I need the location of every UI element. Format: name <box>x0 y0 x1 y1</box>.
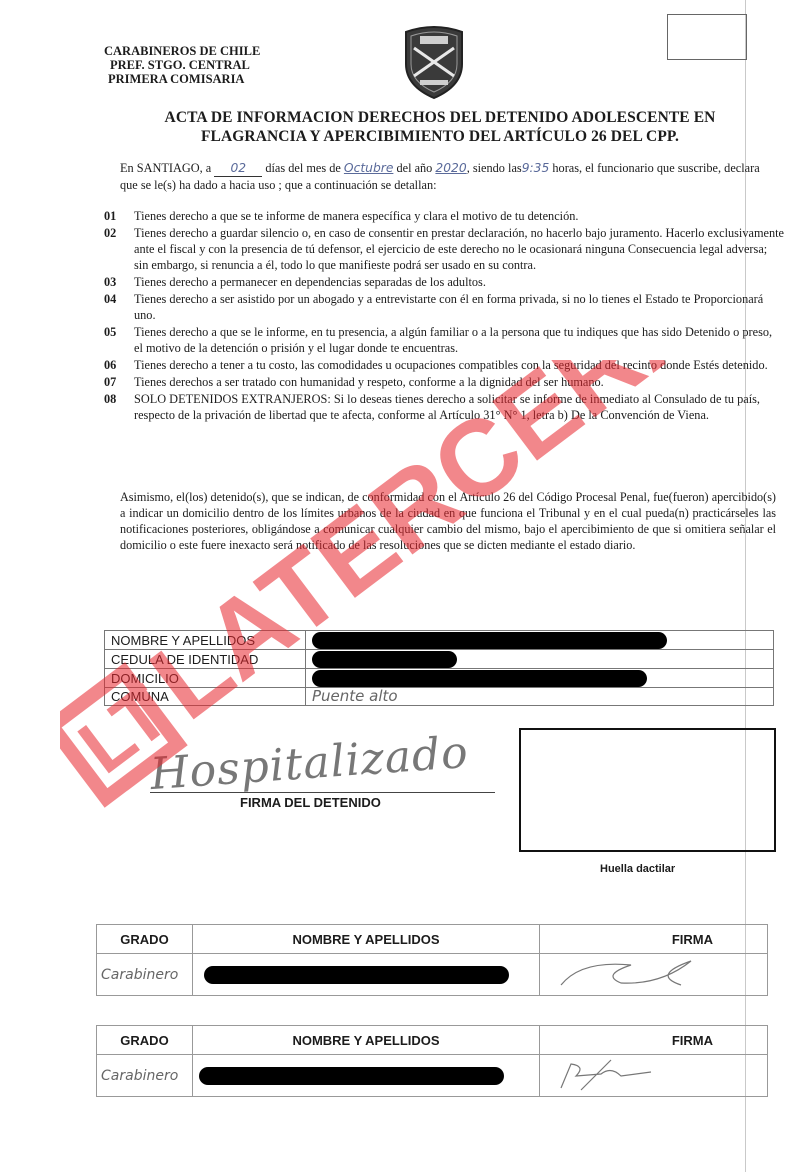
detainee-info-table: NOMBRE Y APELLIDOS CEDULA DE IDENTIDAD D… <box>104 630 774 706</box>
grado-header: GRADO <box>97 925 193 954</box>
right-item: 02Tienes derecho a guardar silencio o, e… <box>104 225 784 273</box>
fingerprint-box <box>519 728 776 852</box>
document-title: ACTA DE INFORMACION DERECHOS DEL DETENID… <box>120 108 760 146</box>
grado-value: Carabinero <box>97 954 193 996</box>
redaction-bar <box>199 1067 504 1085</box>
address-value <box>306 669 774 688</box>
table-header-row: GRADO NOMBRE Y APELLIDOS FIRMA <box>97 925 768 954</box>
org-line: PREF. STGO. CENTRAL <box>104 58 260 72</box>
address-label: DOMICILIO <box>105 669 306 688</box>
officer-name-value <box>193 954 540 996</box>
time-field: 9:35 <box>522 161 550 175</box>
table-row: CEDULA DE IDENTIDAD <box>105 650 774 669</box>
firma-header: FIRMA <box>540 1026 768 1055</box>
intro-text: del año <box>396 161 432 175</box>
right-text: Tienes derecho a permanecer en dependenc… <box>134 274 784 290</box>
name-header: NOMBRE Y APELLIDOS <box>193 1026 540 1055</box>
grado-header: GRADO <box>97 1026 193 1055</box>
right-item: 04Tienes derecho a ser asistido por un a… <box>104 291 784 323</box>
officer-table-2: GRADO NOMBRE Y APELLIDOS FIRMA Carabiner… <box>96 1025 768 1097</box>
redaction-bar <box>312 632 667 649</box>
officer-name-value <box>193 1055 540 1097</box>
firma-header: FIRMA <box>540 925 768 954</box>
officer-signature <box>540 1055 768 1097</box>
signature-line <box>150 792 495 793</box>
name-header: NOMBRE Y APELLIDOS <box>193 925 540 954</box>
table-row: Carabinero <box>97 954 768 996</box>
id-label: CEDULA DE IDENTIDAD <box>105 650 306 669</box>
year-field: 2020 <box>435 161 466 175</box>
name-label: NOMBRE Y APELLIDOS <box>105 631 306 650</box>
rights-list: 01Tienes derecho a que se te informe de … <box>104 208 784 424</box>
right-text: Tienes derecho a que se te informe de ma… <box>134 208 784 224</box>
right-number: 06 <box>104 357 134 373</box>
table-row: DOMICILIO <box>105 669 774 688</box>
right-item: 01Tienes derecho a que se te informe de … <box>104 208 784 224</box>
right-item: 03Tienes derecho a permanecer en depende… <box>104 274 784 290</box>
intro-text: días del mes de <box>265 161 340 175</box>
right-text: Tienes derecho a tener a tu costo, las c… <box>134 357 784 373</box>
officer-signature <box>540 954 768 996</box>
signature-scribble-icon <box>541 955 711 991</box>
intro-statement: En SANTIAGO, a 02 días del mes de Octubr… <box>120 160 780 193</box>
name-value <box>306 631 774 650</box>
table-row: COMUNA Puente alto <box>105 688 774 706</box>
right-number: 08 <box>104 391 134 423</box>
right-text: SOLO DETENIDOS EXTRANJEROS: Si lo deseas… <box>134 391 784 423</box>
day-field: 02 <box>214 160 262 177</box>
right-number: 03 <box>104 274 134 290</box>
table-row: NOMBRE Y APELLIDOS <box>105 631 774 650</box>
right-text: Tienes derecho a guardar silencio o, en … <box>134 225 784 273</box>
article-26-paragraph: Asimismo, el(los) detenido(s), que se in… <box>120 489 776 553</box>
table-header-row: GRADO NOMBRE Y APELLIDOS FIRMA <box>97 1026 768 1055</box>
title-line: FLAGRANCIA Y APERCIBIMIENTO DEL ARTÍCULO… <box>120 127 760 146</box>
title-line: ACTA DE INFORMACION DERECHOS DEL DETENID… <box>120 108 760 127</box>
right-number: 04 <box>104 291 134 323</box>
intro-text: , siendo las <box>467 161 522 175</box>
right-item: 07Tienes derechos a ser tratado con huma… <box>104 374 784 390</box>
redaction-bar <box>204 966 509 984</box>
right-number: 02 <box>104 225 134 273</box>
month-field: Octubre <box>344 161 393 175</box>
redaction-bar <box>312 651 457 668</box>
right-text: Tienes derechos a ser tratado con humani… <box>134 374 784 390</box>
right-text: Tienes derecho a ser asistido por un abo… <box>134 291 784 323</box>
officer-table-1: GRADO NOMBRE Y APELLIDOS FIRMA Carabiner… <box>96 924 768 996</box>
right-number: 05 <box>104 324 134 356</box>
stamp-box <box>667 14 747 60</box>
intro-text: En SANTIAGO, a <box>120 161 211 175</box>
org-line: PRIMERA COMISARIA <box>104 72 260 86</box>
grado-value: Carabinero <box>97 1055 193 1097</box>
detainee-signature-label: FIRMA DEL DETENIDO <box>240 795 381 810</box>
shield-emblem-icon <box>400 24 468 100</box>
right-item: 08SOLO DETENIDOS EXTRANJEROS: Si lo dese… <box>104 391 784 423</box>
commune-value: Puente alto <box>306 688 774 706</box>
organization-header: CARABINEROS DE CHILE PREF. STGO. CENTRAL… <box>104 44 260 86</box>
right-number: 07 <box>104 374 134 390</box>
id-value <box>306 650 774 669</box>
signature-scribble-icon <box>541 1056 711 1092</box>
right-item: 05Tienes derecho a que se le informe, en… <box>104 324 784 356</box>
table-row: Carabinero <box>97 1055 768 1097</box>
handwritten-signature: Hospitalizado <box>149 727 471 800</box>
right-number: 01 <box>104 208 134 224</box>
fingerprint-label: Huella dactilar <box>600 863 675 875</box>
right-text: Tienes derecho a que se le informe, en t… <box>134 324 784 356</box>
commune-label: COMUNA <box>105 688 306 706</box>
org-line: CARABINEROS DE CHILE <box>104 44 260 58</box>
right-item: 06Tienes derecho a tener a tu costo, las… <box>104 357 784 373</box>
redaction-bar <box>312 670 647 687</box>
